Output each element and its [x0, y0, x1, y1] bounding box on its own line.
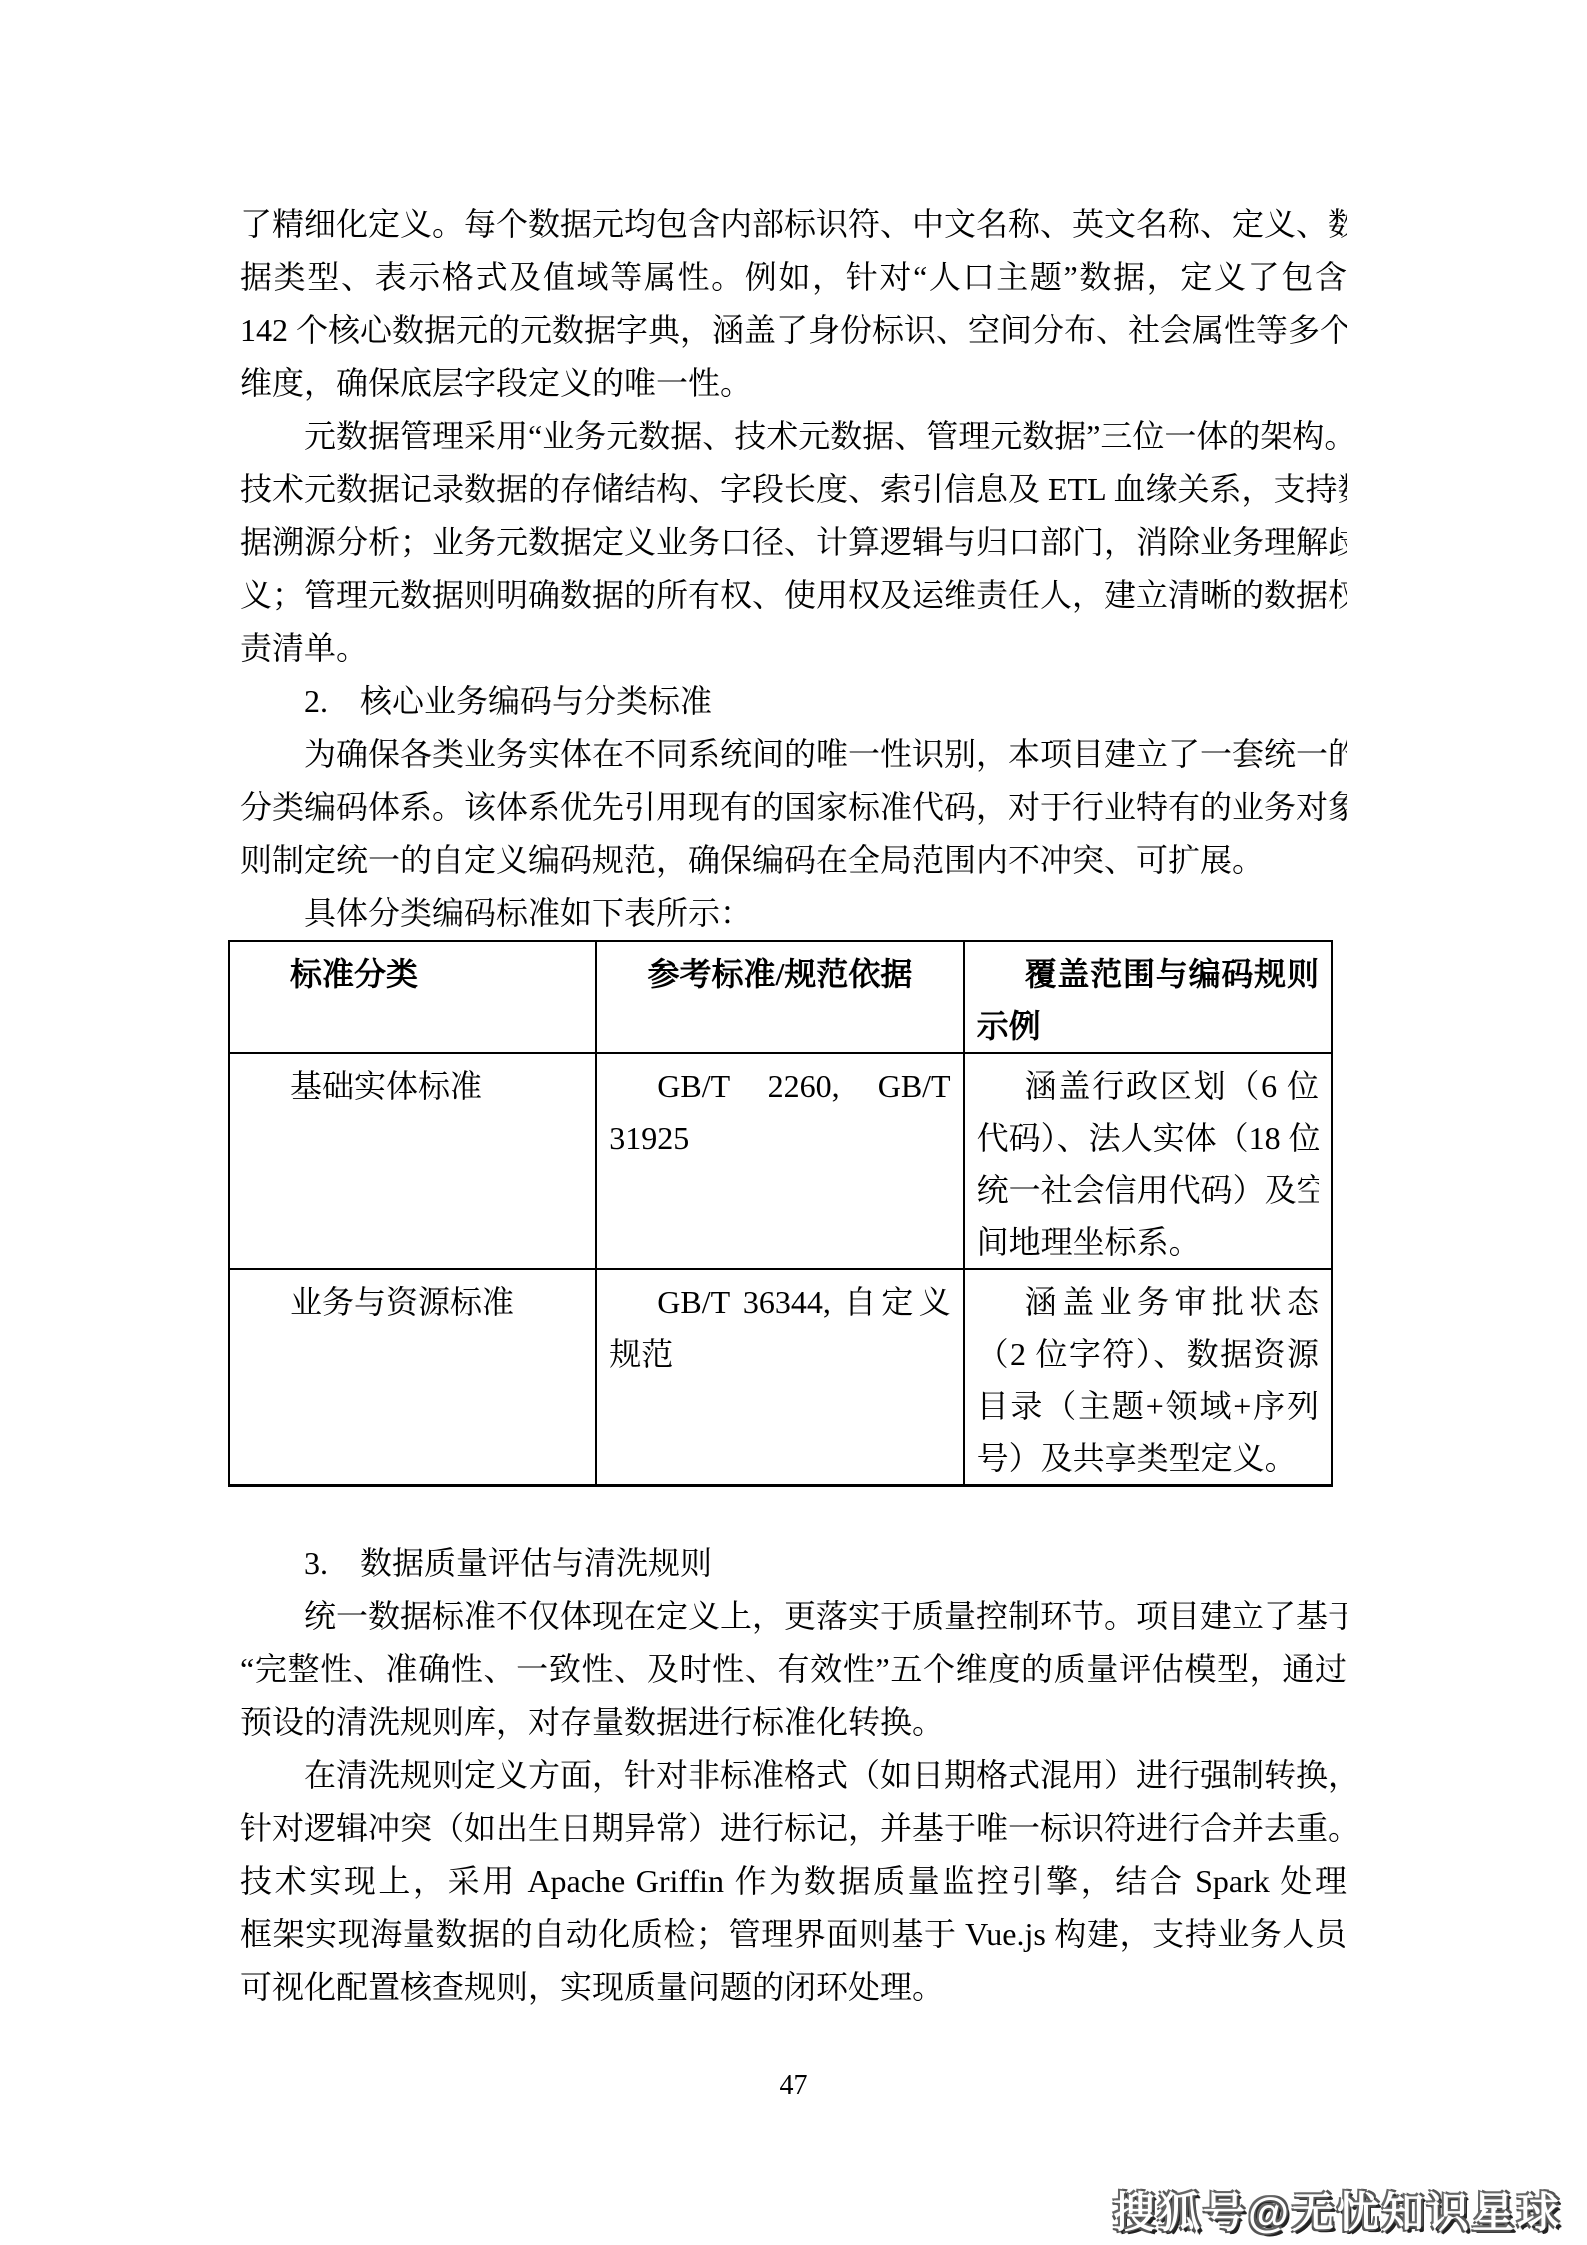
paragraph-line: 技术元数据记录数据的存储结构、字段长度、索引信息及 ETL 血缘关系，支持数	[240, 463, 1347, 516]
cell-line: 规范	[609, 1328, 950, 1380]
table-row: 业务与资源标准 GB/T 36344, 自定义 规范 涵盖业务审批状态 （2 位…	[229, 1269, 1332, 1486]
cell-line: 基础实体标准	[242, 1060, 583, 1112]
paragraph-line: “完整性、准确性、一致性、及时性、有效性”五个维度的质量评估模型，通过	[240, 1643, 1347, 1696]
paragraph-line: 统一数据标准不仅体现在定义上，更落实于质量控制环节。项目建立了基于	[240, 1590, 1347, 1643]
section-heading-3: 3. 数据质量评估与清洗规则	[240, 1537, 1347, 1590]
paragraph-line: 责清单。	[240, 622, 1347, 675]
page-number: 47	[0, 2070, 1587, 2102]
paragraph-line: 技术实现上，采用 Apache Griffin 作为数据质量监控引擎，结合 Sp…	[240, 1855, 1347, 1908]
cell-line: 目录（主题+领域+序列	[977, 1380, 1319, 1432]
cell-line: 代码）、法人实体（18 位	[977, 1112, 1319, 1164]
cell-line: 间地理坐标系。	[977, 1216, 1319, 1268]
cell-line: 涵盖业务审批状态	[977, 1276, 1319, 1328]
cell-line: GB/T 2260, GB/T	[609, 1060, 950, 1112]
body-text: 了精细化定义。每个数据元均包含内部标识符、中文名称、英文名称、定义、数 据类型、…	[240, 198, 1347, 2014]
cell-basic-entity-reference: GB/T 2260, GB/T 31925	[596, 1053, 963, 1269]
table-caption: 具体分类编码标准如下表所示：	[240, 887, 1347, 940]
paragraph-line: 义；管理元数据则明确数据的所有权、使用权及运维责任人，建立清晰的数据权	[240, 569, 1347, 622]
section-heading-2: 2. 核心业务编码与分类标准	[240, 675, 1347, 728]
paragraph-line: 据类型、表示格式及值域等属性。例如，针对“人口主题”数据，定义了包含	[240, 251, 1347, 304]
paragraph-line: 据溯源分析；业务元数据定义业务口径、计算逻辑与归口部门，消除业务理解歧	[240, 516, 1347, 569]
paragraph-line: 在清洗规则定义方面，针对非标准格式（如日期格式混用）进行强制转换，	[240, 1749, 1347, 1802]
paragraph-line: 元数据管理采用“业务元数据、技术元数据、管理元数据”三位一体的架构。	[240, 410, 1347, 463]
cell-line: 示例	[977, 1000, 1319, 1052]
cell-business-resource-coverage: 涵盖业务审批状态 （2 位字符）、数据资源 目录（主题+领域+序列 号）及共享类…	[964, 1269, 1332, 1486]
cell-basic-entity-standard: 基础实体标准	[229, 1053, 596, 1269]
cell-line: 统一社会信用代码）及空	[977, 1164, 1319, 1216]
cell-line: 参考标准/规范依据	[609, 948, 950, 1000]
paragraph-line: 则制定统一的自定义编码规范，确保编码在全局范围内不冲突、可扩展。	[240, 834, 1347, 887]
paragraph-line: 了精细化定义。每个数据元均包含内部标识符、中文名称、英文名称、定义、数	[240, 198, 1347, 251]
watermark: 搜狐号@无忧知识星球	[1113, 2180, 1562, 2240]
standards-table: 标准分类 参考标准/规范依据 覆盖范围与编码规则 示例 基础实体标准	[228, 940, 1333, 1487]
document-page: 了精细化定义。每个数据元均包含内部标识符、中文名称、英文名称、定义、数 据类型、…	[0, 0, 1587, 2245]
paragraph-line: 框架实现海量数据的自动化质检；管理界面则基于 Vue.js 构建，支持业务人员	[240, 1908, 1347, 1961]
cell-line: 覆盖范围与编码规则	[977, 948, 1319, 1000]
cell-line: 号）及共享类型定义。	[977, 1432, 1319, 1484]
paragraph-line: 维度，确保底层字段定义的唯一性。	[240, 357, 1347, 410]
header-cell-standard-category: 标准分类	[229, 941, 596, 1053]
paragraph-line: 分类编码体系。该体系优先引用现有的国家标准代码，对于行业特有的业务对象，	[240, 781, 1347, 834]
paragraph-line: 142 个核心数据元的元数据字典，涵盖了身份标识、空间分布、社会属性等多个	[240, 304, 1347, 357]
paragraph-line: 可视化配置核查规则，实现质量问题的闭环处理。	[240, 1961, 1347, 2014]
cell-line: 31925	[609, 1112, 950, 1164]
cell-line: GB/T 36344, 自定义	[609, 1276, 950, 1328]
table-header-row: 标准分类 参考标准/规范依据 覆盖范围与编码规则 示例	[229, 941, 1332, 1053]
table-row: 基础实体标准 GB/T 2260, GB/T 31925 涵盖行政区划（6 位 …	[229, 1053, 1332, 1269]
cell-basic-entity-coverage: 涵盖行政区划（6 位 代码）、法人实体（18 位 统一社会信用代码）及空 间地理…	[964, 1053, 1332, 1269]
paragraph-line: 为确保各类业务实体在不同系统间的唯一性识别，本项目建立了一套统一的	[240, 728, 1347, 781]
cell-business-resource-reference: GB/T 36344, 自定义 规范	[596, 1269, 963, 1486]
header-cell-coverage-rule: 覆盖范围与编码规则 示例	[964, 941, 1332, 1053]
cell-line: （2 位字符）、数据资源	[977, 1328, 1319, 1380]
paragraph-line: 预设的清洗规则库，对存量数据进行标准化转换。	[240, 1696, 1347, 1749]
cell-line: 涵盖行政区划（6 位	[977, 1060, 1319, 1112]
cell-line: 标准分类	[242, 948, 583, 1000]
paragraph-line: 针对逻辑冲突（如出生日期异常）进行标记，并基于唯一标识符进行合并去重。	[240, 1802, 1347, 1855]
cell-line: 业务与资源标准	[242, 1276, 583, 1328]
header-cell-reference-standard: 参考标准/规范依据	[596, 941, 963, 1053]
cell-business-resource-standard: 业务与资源标准	[229, 1269, 596, 1486]
